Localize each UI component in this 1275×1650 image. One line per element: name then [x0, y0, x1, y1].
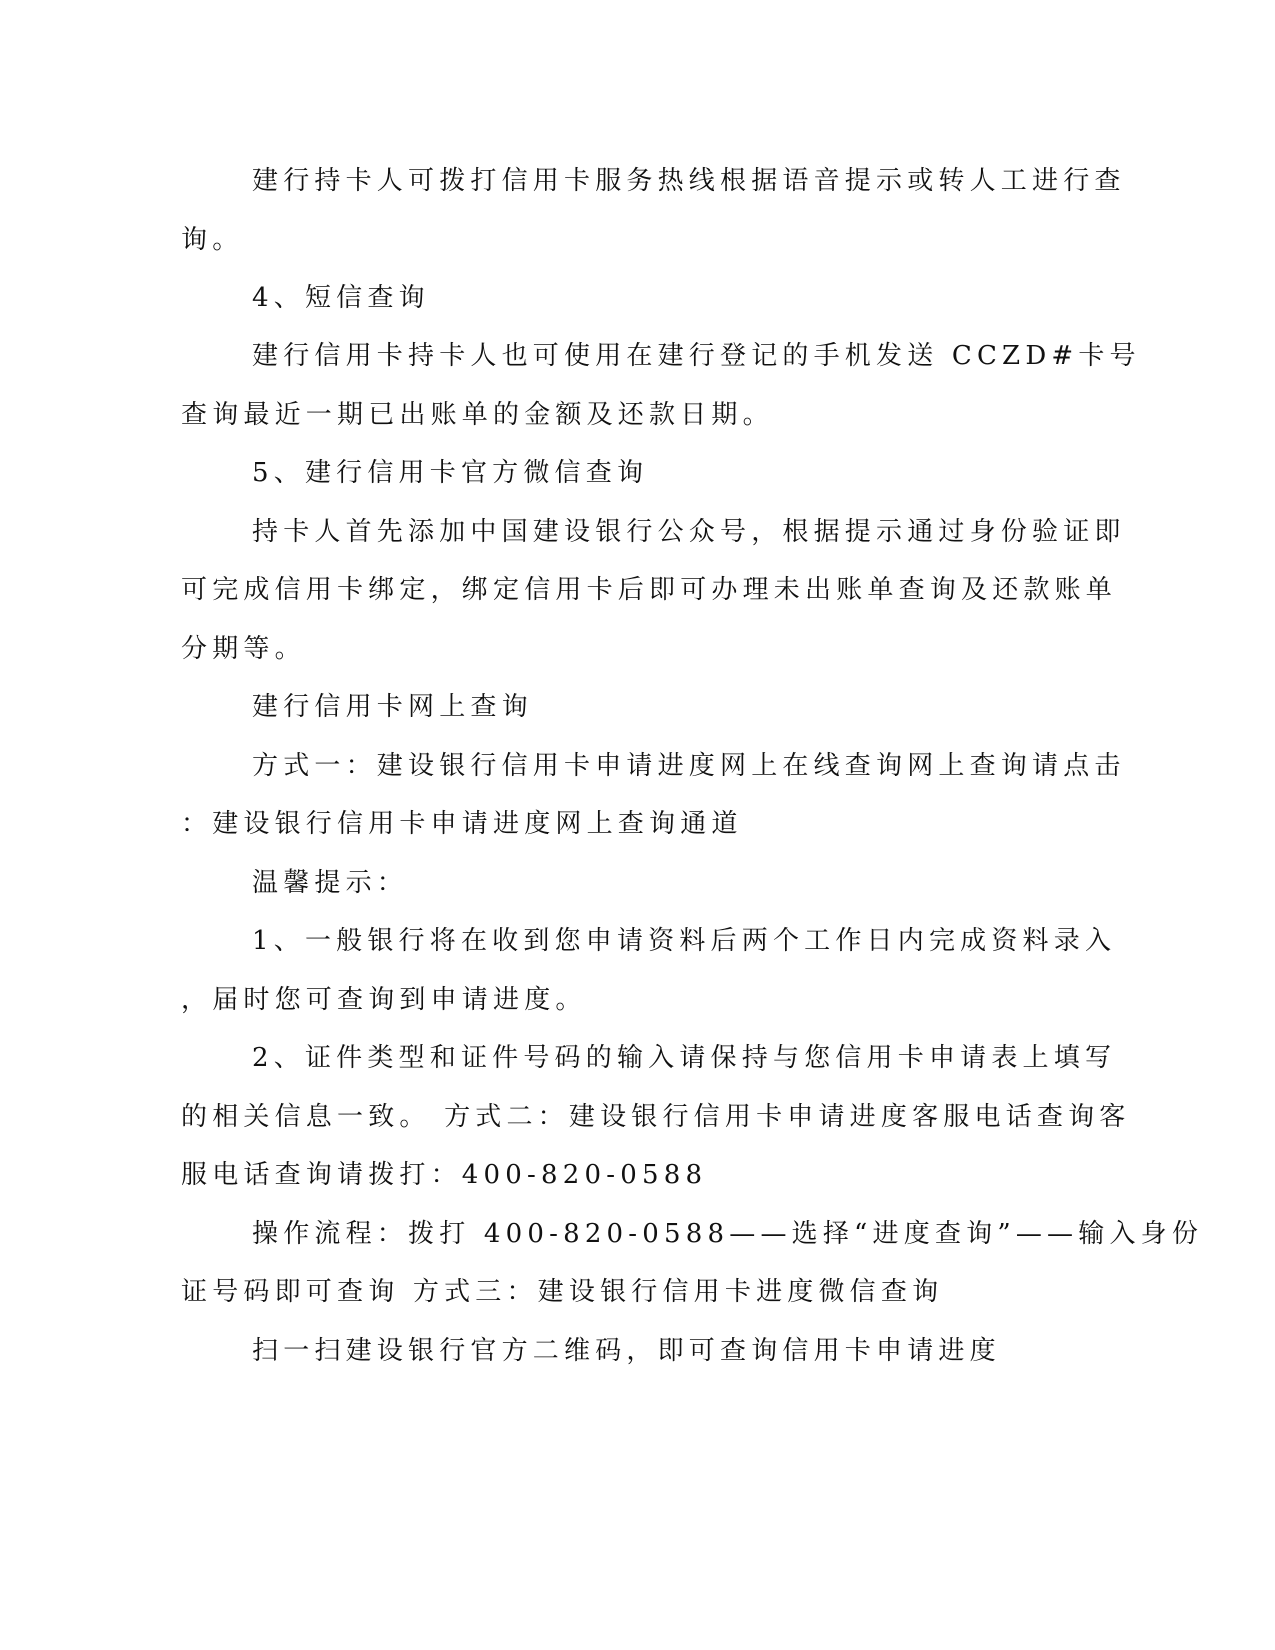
heading-wechat-query: 5、建行信用卡官方微信查询 — [252, 457, 648, 489]
paragraph-method-one-line-1: 方式一：建设银行信用卡申请进度网上在线查询网上查询请点击 — [252, 750, 1126, 782]
document-page: 建行持卡人可拨打信用卡服务热线根据语音提示或转人工进行查 询。 4、短信查询 建… — [0, 0, 1275, 1650]
heading-sms-query: 4、短信查询 — [252, 282, 430, 314]
paragraph-qrcode: 扫一扫建设银行官方二维码，即可查询信用卡申请进度 — [252, 1335, 1001, 1367]
paragraph-hotline-line-2: 询。 — [181, 224, 243, 256]
paragraph-hotline-line-1: 建行持卡人可拨打信用卡服务热线根据语音提示或转人工进行查 — [252, 165, 1126, 197]
paragraph-tip-two-line-2: 的相关信息一致。 方式二：建设银行信用卡申请进度客服电话查询客 — [181, 1101, 1130, 1133]
paragraph-sms-line-1: 建行信用卡持卡人也可使用在建行登记的手机发送 CCZD#卡号 — [252, 340, 1141, 372]
paragraph-method-one-line-2: ：建设银行信用卡申请进度网上查询通道 — [181, 808, 743, 840]
paragraph-wechat-line-1: 持卡人首先添加中国建设银行公众号，根据提示通过身份验证即 — [252, 516, 1126, 548]
paragraph-procedure-line-1: 操作流程：拨打 400-820-0588——选择“进度查询”——输入身份 — [252, 1218, 1203, 1250]
heading-tips: 温馨提示： — [252, 867, 408, 899]
paragraph-tip-two-line-1: 2、证件类型和证件号码的输入请保持与您信用卡申请表上填写 — [252, 1042, 1116, 1074]
paragraph-procedure-line-2: 证号码即可查询 方式三：建设银行信用卡进度微信查询 — [181, 1276, 943, 1308]
paragraph-sms-line-2: 查询最近一期已出账单的金额及还款日期。 — [181, 399, 774, 431]
heading-online-query: 建行信用卡网上查询 — [252, 691, 533, 723]
paragraph-wechat-line-3: 分期等。 — [181, 633, 306, 665]
paragraph-tip-one-line-1: 1、一般银行将在收到您申请资料后两个工作日内完成资料录入 — [252, 925, 1116, 957]
paragraph-tip-one-line-2: ，届时您可查询到申请进度。 — [181, 984, 587, 1016]
paragraph-wechat-line-2: 可完成信用卡绑定，绑定信用卡后即可办理未出账单查询及还款账单 — [181, 574, 1117, 606]
paragraph-tip-two-line-3: 服电话查询请拨打：400-820-0588 — [181, 1159, 707, 1191]
